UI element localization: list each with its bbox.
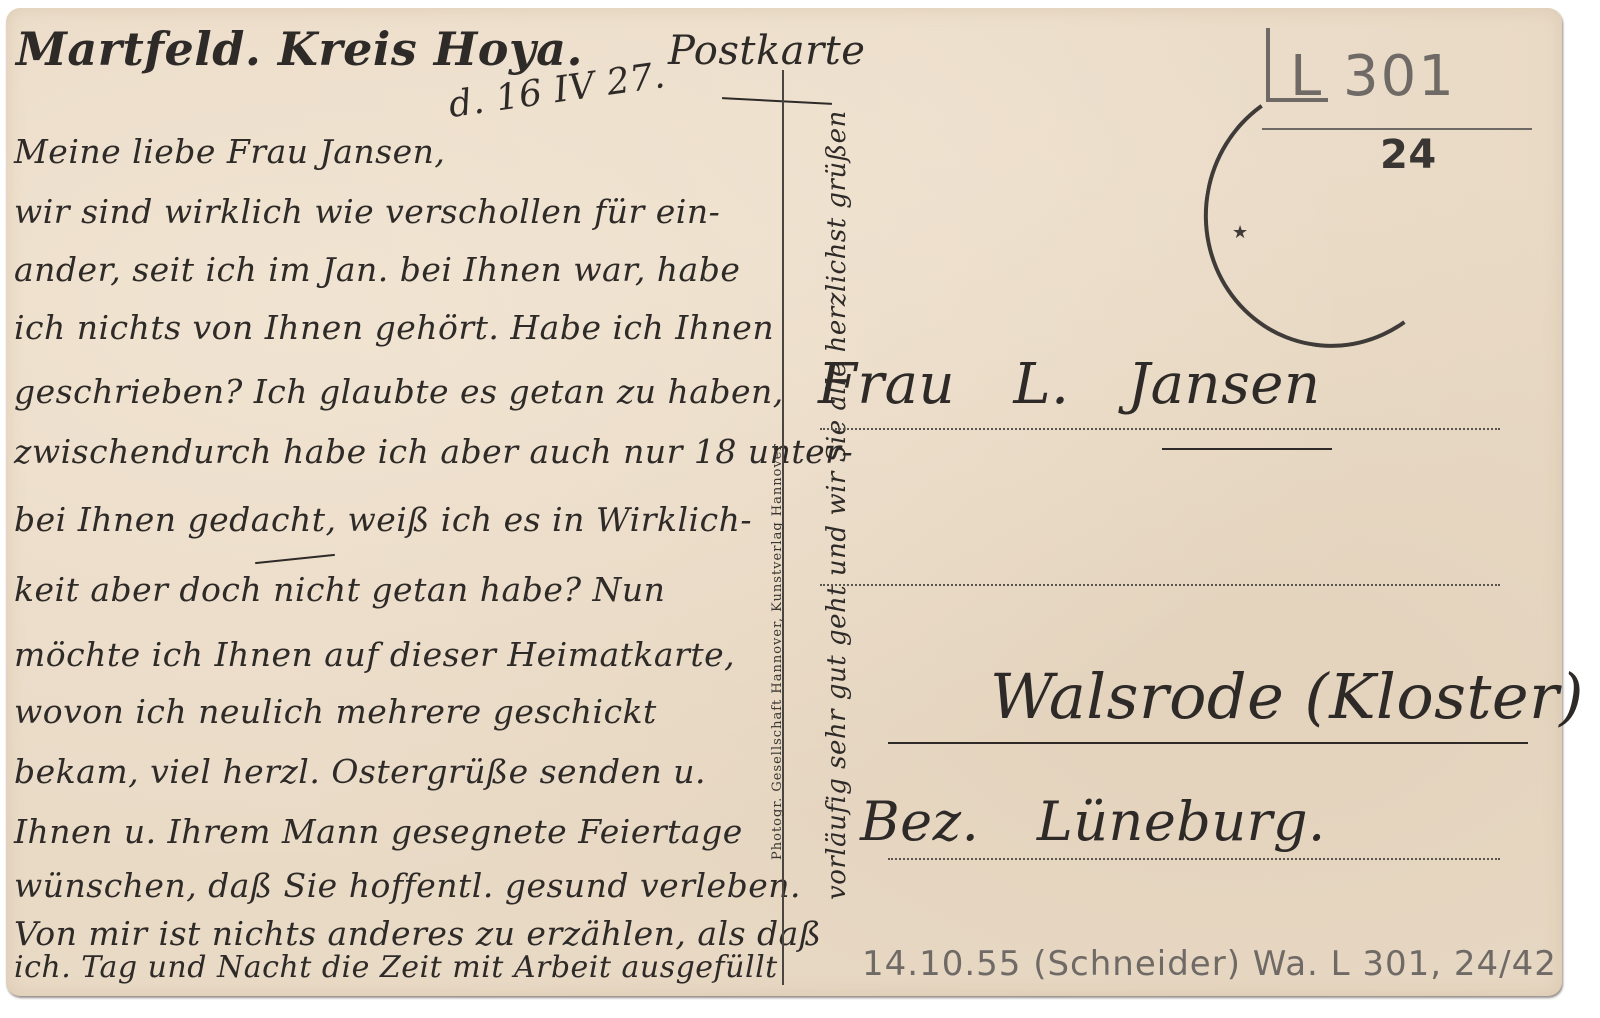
message-line-2: wir sind wirklich wie verschollen für ei… xyxy=(14,192,720,231)
address-line-3: Walsrode (Kloster) xyxy=(990,660,1584,733)
message-line-8: keit aber doch nicht getan habe? Nun xyxy=(14,570,665,609)
message-line-5: geschrieben? Ich glaubte es getan zu hab… xyxy=(14,372,784,411)
message-line-11: bekam, viel herzl. Ostergrüße senden u. xyxy=(14,752,706,791)
footer-archive-note: 14.10.55 (Schneider) Wa. L 301, 24/42 xyxy=(862,944,1557,984)
address-dotted-line-2 xyxy=(820,584,1500,586)
postmark-star-icon: ★ xyxy=(1232,222,1248,243)
message-line-14: Von mir ist nichts anderes zu erzählen, … xyxy=(14,914,821,953)
card-type-label: Postkarte xyxy=(668,28,865,74)
message-line-4: ich nichts von Ihnen gehört. Habe ich Ih… xyxy=(14,308,774,347)
message-line-13: wünschen, daß Sie hoffentl. gesund verle… xyxy=(14,866,801,905)
address-solid-line-3 xyxy=(888,742,1528,744)
address-line-4: Bez. Lüneburg. xyxy=(860,790,1326,853)
address-underline xyxy=(1162,448,1332,450)
message-line-3: ander, seit ich im Jan. bei Ihnen war, h… xyxy=(14,250,740,289)
margin-note: vorläufig sehr gut geht und wir Sie alle… xyxy=(822,110,852,900)
archive-fraction-line xyxy=(1262,128,1532,130)
address-line-1: Frau L. Jansen xyxy=(818,352,1321,417)
message-line-10: wovon ich neulich mehrere geschickt xyxy=(14,692,657,731)
address-dotted-line-1 xyxy=(820,428,1500,430)
message-line-1: Meine liebe Frau Jansen, xyxy=(14,132,445,171)
archive-number-top: L 301 xyxy=(1290,44,1456,109)
archive-mark-bracket xyxy=(1266,28,1270,100)
sender-location: Martfeld. Kreis Hoya. xyxy=(16,22,583,76)
publisher-imprint: Photogr. Gesellschaft Hannover, Kunstver… xyxy=(770,443,785,860)
message-line-9: möchte ich Ihnen auf dieser Heimatkarte, xyxy=(14,635,735,674)
message-line-12: Ihnen u. Ihrem Mann gesegnete Feiertage xyxy=(14,812,743,851)
message-line-6: zwischendurch habe ich aber auch nur 18 … xyxy=(14,432,853,471)
message-line-7: bei Ihnen gedacht, weiß ich es in Wirkli… xyxy=(14,500,752,539)
message-line-15: ich. Tag und Nacht die Zeit mit Arbeit a… xyxy=(14,950,778,985)
archive-number-bottom: 24 xyxy=(1380,132,1437,178)
address-dotted-line-4 xyxy=(888,858,1500,860)
